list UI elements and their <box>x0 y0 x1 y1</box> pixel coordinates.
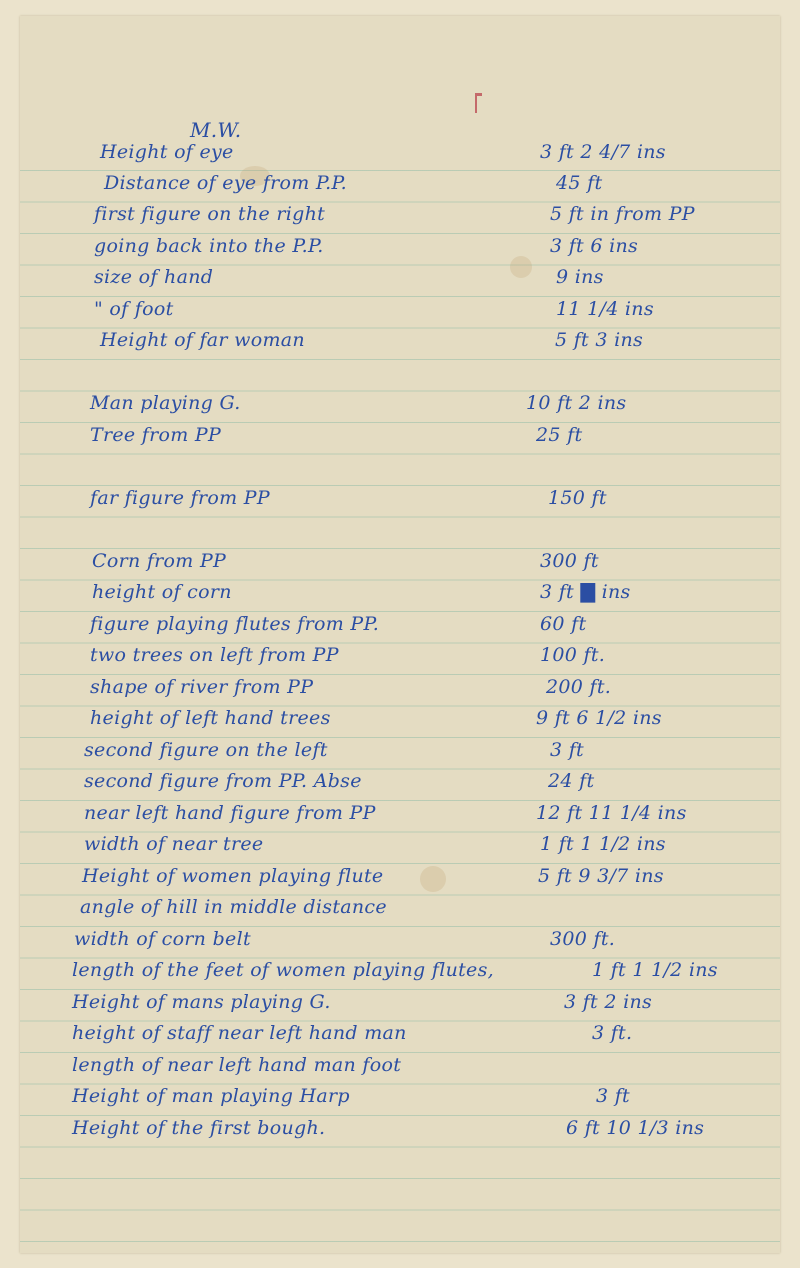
row-value: 12 ft 11 1/4 ins <box>536 802 687 824</box>
row-value: 3 ft <box>550 739 584 761</box>
row-value: 3 ft 6 ins <box>550 235 638 257</box>
row-label: figure playing flutes from PP. <box>90 613 379 635</box>
row-label: second figure on the left <box>84 739 328 761</box>
row-label: length of near left hand man foot <box>72 1054 401 1076</box>
row-value: 200 ft. <box>546 676 611 698</box>
row-label: Height of man playing Harp <box>72 1085 350 1107</box>
row-label: width of near tree <box>84 833 263 855</box>
row-value: 150 ft <box>548 487 607 509</box>
row-value: 5 ft in from PP <box>550 203 695 225</box>
row-value: 5 ft 3 ins <box>555 329 643 351</box>
row-label: Height of far woman <box>100 329 305 351</box>
paper-stain <box>510 256 532 278</box>
row-label: Height of women playing flute <box>82 865 383 887</box>
row-label: shape of river from PP <box>90 676 313 698</box>
row-value: 5 ft 9 3/7 ins <box>538 865 664 887</box>
row-label: height of corn <box>92 581 232 603</box>
row-label: Height of mans playing G. <box>72 991 331 1013</box>
page-heading: M.W. <box>190 118 241 142</box>
row-value: 6 ft 10 1/3 ins <box>566 1117 704 1139</box>
row-label: size of hand <box>94 266 213 288</box>
paper-stain <box>420 866 446 892</box>
row-label: length of the feet of women playing flut… <box>72 959 494 981</box>
row-label: Height of eye <box>100 141 234 163</box>
row-value: 3 ft 2 4/7 ins <box>540 141 666 163</box>
row-value: 1 ft 1 1/2 ins <box>540 833 666 855</box>
row-value: 10 ft 2 ins <box>526 392 626 414</box>
row-label: Man playing G. <box>90 392 241 414</box>
row-value: 3 ft 2 ins <box>564 991 652 1013</box>
row-value: 9 ins <box>556 266 604 288</box>
red-pencil-mark <box>475 93 477 113</box>
row-label: Distance of eye from P.P. <box>104 172 347 194</box>
row-label: Height of the first bough. <box>72 1117 325 1139</box>
row-label: Tree from PP <box>90 424 221 446</box>
row-value: 9 ft 6 1/2 ins <box>536 707 662 729</box>
page-top-margin <box>20 16 780 140</box>
row-value: 300 ft <box>540 550 599 572</box>
row-label: going back into the P.P. <box>94 235 324 257</box>
row-value: 11 1/4 ins <box>556 298 654 320</box>
row-value: 300 ft. <box>550 928 615 950</box>
row-value: 25 ft <box>536 424 582 446</box>
row-label: height of left hand trees <box>90 707 331 729</box>
row-value: 3 ft <box>596 1085 630 1107</box>
row-value: 24 ft <box>548 770 594 792</box>
row-label: second figure from PP. Abse <box>84 770 362 792</box>
row-value: 100 ft. <box>540 644 605 666</box>
row-value: 3 ft ▇ ins <box>540 581 631 603</box>
row-value: 45 ft <box>556 172 602 194</box>
row-label: width of corn belt <box>74 928 251 950</box>
row-value: 1 ft 1 1/2 ins <box>592 959 718 981</box>
row-label: near left hand figure from PP <box>84 802 376 824</box>
row-value: 3 ft. <box>592 1022 632 1044</box>
row-label: first figure on the right <box>94 203 325 225</box>
row-value: 60 ft <box>540 613 586 635</box>
row-label: far figure from PP <box>90 487 270 509</box>
row-label: height of staff near left hand man <box>72 1022 407 1044</box>
row-label: two trees on left from PP <box>90 644 339 666</box>
row-label: angle of hill in middle distance <box>80 896 387 918</box>
row-label: Corn from PP <box>92 550 226 572</box>
row-label: " of foot <box>94 298 174 320</box>
